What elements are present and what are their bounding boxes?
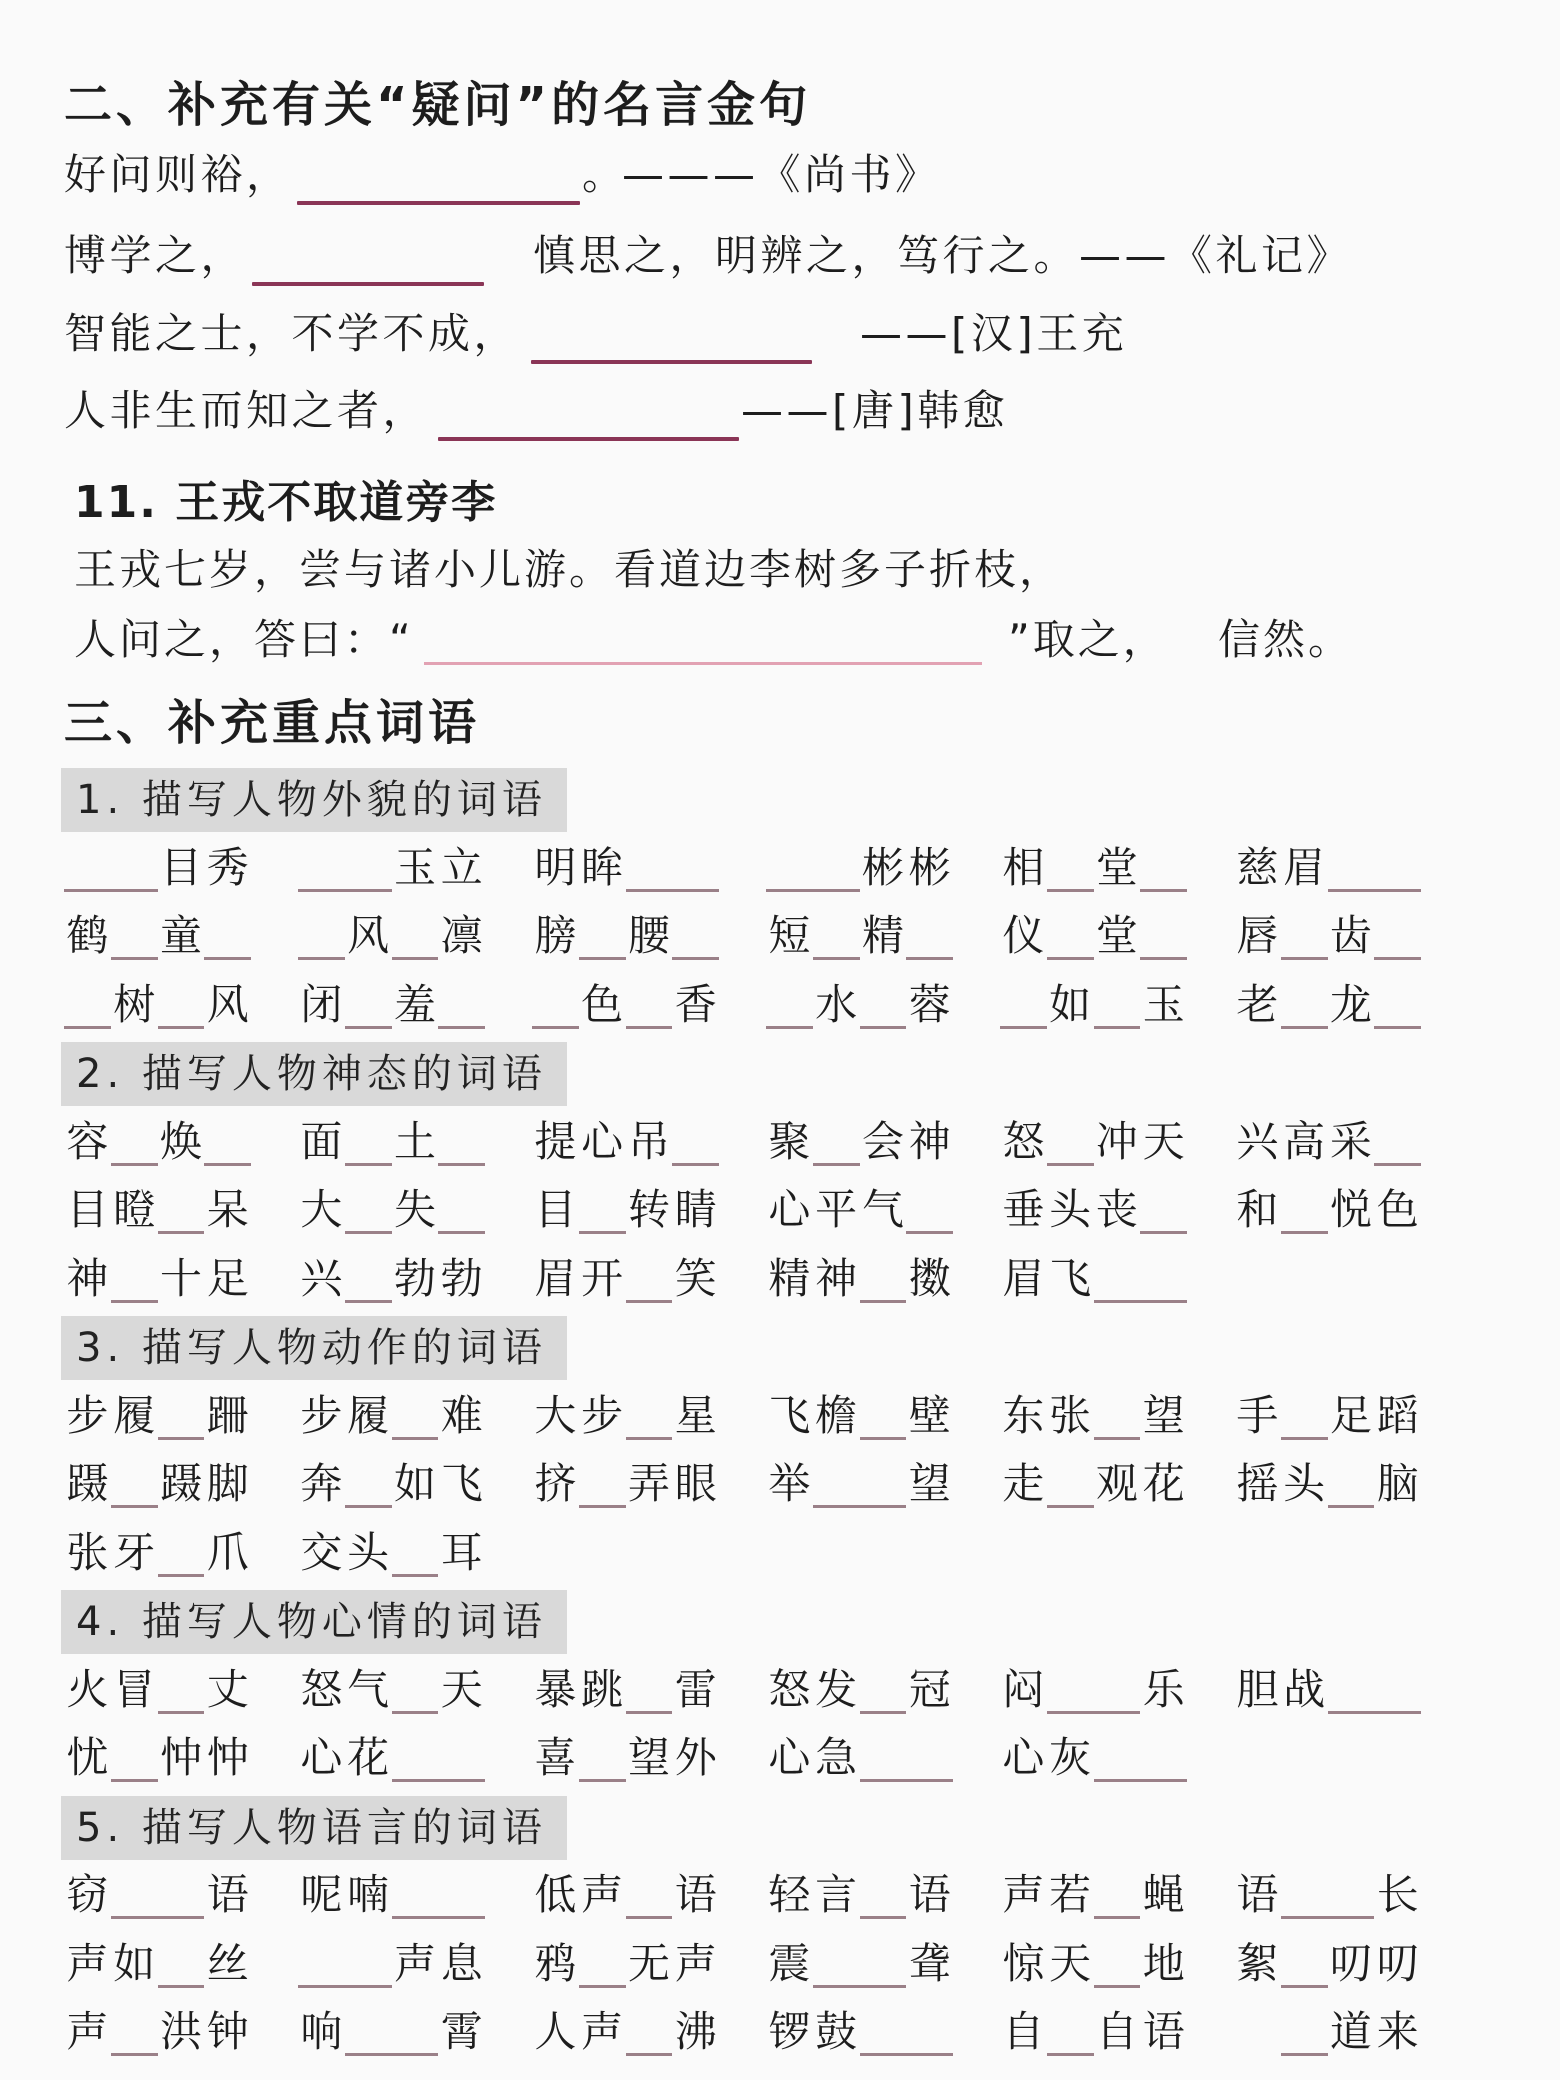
idiom-entry: 呢喃 bbox=[298, 1861, 485, 1930]
idiom-char: 心 bbox=[766, 1724, 813, 1793]
story-text: 信然。 bbox=[1218, 610, 1353, 670]
group-heading: 4. 描写人物心情的词语 bbox=[61, 1590, 567, 1654]
idiom-char: 望 bbox=[1140, 1382, 1187, 1451]
idiom-char: 絮 bbox=[1234, 1930, 1281, 1999]
group-heading-label: 5. 描写人物语言的词语 bbox=[76, 1796, 547, 1860]
answer-blank[interactable] bbox=[1374, 971, 1421, 1040]
answer-blank[interactable] bbox=[1328, 1450, 1375, 1519]
answer-blank[interactable] bbox=[1140, 902, 1187, 971]
idiom-entry: 交头耳 bbox=[298, 1519, 485, 1588]
word-row: 神十足兴勃勃眉开笑精神擞眉飞 bbox=[64, 1245, 1504, 1314]
answer-blank[interactable] bbox=[111, 1861, 158, 1930]
answer-blank[interactable] bbox=[1047, 1450, 1094, 1519]
idiom-char: 张 bbox=[64, 1519, 111, 1588]
idiom-char: 聚 bbox=[766, 1108, 813, 1177]
answer-blank[interactable] bbox=[392, 1519, 439, 1588]
word-row: 声洪钟响霄人声沸锣鼓自自语道来 bbox=[64, 1998, 1504, 2067]
answer-blank[interactable] bbox=[813, 834, 860, 903]
idiom-char: 足 bbox=[204, 1245, 251, 1314]
answer-blank[interactable] bbox=[1281, 1998, 1328, 2067]
answer-blank[interactable] bbox=[1374, 1656, 1421, 1725]
answer-blank[interactable] bbox=[1094, 1724, 1141, 1793]
answer-blank[interactable] bbox=[906, 902, 953, 971]
idiom-char: 如 bbox=[111, 1930, 158, 1999]
idiom-char: 勃 bbox=[438, 1245, 485, 1314]
answer-blank[interactable] bbox=[158, 1930, 205, 1999]
idiom-entry: 声洪钟 bbox=[64, 1998, 251, 2067]
answer-blank[interactable] bbox=[626, 1382, 673, 1451]
idiom-char: 腰 bbox=[626, 902, 673, 971]
idiom-entry: 目秀 bbox=[64, 834, 251, 903]
answer-blank[interactable] bbox=[64, 971, 111, 1040]
answer-blank[interactable] bbox=[158, 1382, 205, 1451]
answer-blank[interactable] bbox=[111, 1245, 158, 1314]
answer-blank[interactable] bbox=[672, 902, 719, 971]
answer-blank[interactable] bbox=[1094, 1382, 1141, 1451]
answer-blank[interactable] bbox=[1281, 1861, 1328, 1930]
answer-blank[interactable] bbox=[860, 1724, 907, 1793]
idiom-char: 齿 bbox=[1328, 902, 1375, 971]
idiom-char: 声 bbox=[672, 1930, 719, 1999]
idiom-char: 鹤 bbox=[64, 902, 111, 971]
answer-blank[interactable] bbox=[1094, 1656, 1141, 1725]
quote-text: 人非生而知之者， bbox=[64, 381, 428, 441]
answer-blank[interactable] bbox=[813, 1108, 860, 1177]
answer-blank[interactable] bbox=[1281, 902, 1328, 971]
idiom-char: 冲 bbox=[1094, 1108, 1141, 1177]
idiom-entry: 鹤童 bbox=[64, 902, 251, 971]
idiom-char: 地 bbox=[1140, 1930, 1187, 1999]
answer-blank[interactable] bbox=[345, 834, 392, 903]
idiom-char: 彬 bbox=[906, 834, 953, 903]
idiom-entry: 心急 bbox=[766, 1724, 953, 1793]
idiom-entry: 飞檐壁 bbox=[766, 1382, 953, 1451]
idiom-entry: 精神擞 bbox=[766, 1245, 953, 1314]
answer-blank[interactable] bbox=[906, 1998, 953, 2067]
idiom-char: 面 bbox=[298, 1108, 345, 1177]
idiom-char: 天 bbox=[1047, 1930, 1094, 1999]
answer-blank[interactable] bbox=[438, 971, 485, 1040]
answer-blank[interactable] bbox=[860, 1861, 907, 1930]
idiom-char: 目 bbox=[158, 834, 205, 903]
answer-blank[interactable] bbox=[531, 360, 812, 364]
idiom-char: 慈 bbox=[1234, 834, 1281, 903]
answer-blank[interactable] bbox=[672, 834, 719, 903]
answer-blank[interactable] bbox=[1047, 834, 1094, 903]
answer-blank[interactable] bbox=[64, 834, 111, 903]
answer-blank[interactable] bbox=[438, 1724, 485, 1793]
idiom-entry: 道来 bbox=[1234, 1998, 1421, 2067]
idiom-char: 语 bbox=[1140, 1998, 1187, 2067]
answer-blank[interactable] bbox=[626, 971, 673, 1040]
idiom-entry: 挤弄眼 bbox=[532, 1450, 719, 1519]
idiom-char: 灰 bbox=[1047, 1724, 1094, 1793]
idiom-char: 暴 bbox=[532, 1656, 579, 1725]
idiom-char: 东 bbox=[1000, 1382, 1047, 1451]
idiom-entry: 和悦色 bbox=[1234, 1176, 1421, 1245]
idiom-entry: 相堂 bbox=[1000, 834, 1187, 903]
answer-blank[interactable] bbox=[111, 1450, 158, 1519]
answer-blank[interactable] bbox=[345, 1930, 392, 1999]
idiom-char: 心 bbox=[579, 1108, 626, 1177]
idiom-char: 土 bbox=[392, 1108, 439, 1177]
idiom-char: 怒 bbox=[1000, 1108, 1047, 1177]
idiom-char: 来 bbox=[1374, 1998, 1421, 2067]
idiom-entry: 心灰 bbox=[1000, 1724, 1187, 1793]
answer-blank[interactable] bbox=[813, 902, 860, 971]
idiom-char: 精 bbox=[766, 1245, 813, 1314]
answer-blank[interactable] bbox=[345, 1176, 392, 1245]
story-line: 王戎七岁，尝与诸小儿游。看道边李树多子折枝， bbox=[0, 540, 1560, 600]
idiom-char: 叨 bbox=[1328, 1930, 1375, 1999]
idiom-char: 走 bbox=[1000, 1450, 1047, 1519]
answer-blank[interactable] bbox=[438, 1176, 485, 1245]
idiom-char: 睛 bbox=[672, 1176, 719, 1245]
answer-blank[interactable] bbox=[672, 1108, 719, 1177]
idiom-char: 丝 bbox=[204, 1930, 251, 1999]
answer-blank[interactable] bbox=[626, 834, 673, 903]
idiom-char: 洪 bbox=[158, 1998, 205, 2067]
idiom-entry: 大失 bbox=[298, 1176, 485, 1245]
answer-blank[interactable] bbox=[392, 1382, 439, 1451]
idiom-char: 容 bbox=[64, 1108, 111, 1177]
idiom-char: 若 bbox=[1047, 1861, 1094, 1930]
idiom-entry: 震聋 bbox=[766, 1930, 953, 1999]
quote-source: ———《尚书》 bbox=[622, 145, 941, 205]
idiom-char: 仪 bbox=[1000, 902, 1047, 971]
idiom-entry: 慈眉 bbox=[1234, 834, 1421, 903]
answer-blank[interactable] bbox=[158, 971, 205, 1040]
answer-blank[interactable] bbox=[906, 1724, 953, 1793]
group-heading: 2. 描写人物神态的词语 bbox=[61, 1042, 567, 1106]
idiom-entry: 声若蝇 bbox=[1000, 1861, 1187, 1930]
group-heading: 1. 描写人物外貌的词语 bbox=[61, 768, 567, 832]
idiom-entry: 大步星 bbox=[532, 1382, 719, 1451]
answer-blank[interactable] bbox=[1047, 1108, 1094, 1177]
idiom-char: 叨 bbox=[1374, 1930, 1421, 1999]
answer-blank[interactable] bbox=[579, 1930, 626, 1999]
idiom-entry: 自自语 bbox=[1000, 1998, 1187, 2067]
word-row: 目瞪呆大失目转睛心平气垂头丧和悦色 bbox=[64, 1176, 1504, 1245]
idiom-char: 明 bbox=[532, 834, 579, 903]
answer-blank[interactable] bbox=[345, 1450, 392, 1519]
idiom-entry: 风凛 bbox=[298, 902, 485, 971]
idiom-char: 色 bbox=[579, 971, 626, 1040]
idiom-entry: 怒发冠 bbox=[766, 1656, 953, 1725]
answer-blank[interactable] bbox=[111, 1108, 158, 1177]
idiom-char: 忡 bbox=[158, 1724, 205, 1793]
idiom-char: 立 bbox=[438, 834, 485, 903]
idiom-char: 外 bbox=[672, 1724, 719, 1793]
idiom-entry: 张牙爪 bbox=[64, 1519, 251, 1588]
answer-blank[interactable] bbox=[1374, 902, 1421, 971]
idiom-entry: 举望 bbox=[766, 1450, 953, 1519]
answer-blank[interactable] bbox=[1281, 1930, 1328, 1999]
idiom-char: 凛 bbox=[438, 902, 485, 971]
answer-blank[interactable] bbox=[424, 662, 982, 665]
idiom-char: 战 bbox=[1281, 1656, 1328, 1725]
answer-blank[interactable] bbox=[298, 1930, 345, 1999]
answer-blank[interactable] bbox=[626, 1998, 673, 2067]
answer-blank[interactable] bbox=[1047, 1998, 1094, 2067]
answer-blank[interactable] bbox=[813, 1930, 860, 1999]
answer-blank[interactable] bbox=[438, 1108, 485, 1177]
answer-blank[interactable] bbox=[1281, 971, 1328, 1040]
idiom-char: 眉 bbox=[1281, 834, 1328, 903]
answer-blank[interactable] bbox=[626, 1861, 673, 1930]
answer-blank[interactable] bbox=[298, 834, 345, 903]
answer-blank[interactable] bbox=[345, 971, 392, 1040]
answer-blank[interactable] bbox=[1000, 971, 1047, 1040]
quote-line: 智能之士，不学不成， ——[汉]王充 bbox=[0, 304, 1560, 364]
answer-blank[interactable] bbox=[579, 1176, 626, 1245]
answer-blank[interactable] bbox=[813, 1450, 860, 1519]
quote-line: 好问则裕， 。 ———《尚书》 bbox=[0, 145, 1560, 205]
idiom-char: 履 bbox=[345, 1382, 392, 1451]
answer-blank[interactable] bbox=[204, 1108, 251, 1177]
idiom-entry: 眉飞 bbox=[1000, 1245, 1187, 1314]
answer-blank[interactable] bbox=[1094, 971, 1141, 1040]
idiom-char: 观 bbox=[1094, 1450, 1141, 1519]
idiom-char: 飞 bbox=[438, 1450, 485, 1519]
idiom-char: 天 bbox=[438, 1656, 485, 1725]
answer-blank[interactable] bbox=[158, 1861, 205, 1930]
idiom-char: 兴 bbox=[1234, 1108, 1281, 1177]
idiom-char: 丈 bbox=[204, 1656, 251, 1725]
idiom-char: 膀 bbox=[532, 902, 579, 971]
idiom-char: 冠 bbox=[906, 1656, 953, 1725]
idiom-entry: 目瞪呆 bbox=[64, 1176, 251, 1245]
idiom-char: 心 bbox=[298, 1724, 345, 1793]
word-row: 鹤童风凛膀腰短精仪堂唇齿 bbox=[64, 902, 1504, 971]
idiom-entry: 忧忡忡 bbox=[64, 1724, 251, 1793]
idiom-entry: 彬彬 bbox=[766, 834, 953, 903]
answer-blank[interactable] bbox=[860, 1382, 907, 1451]
answer-blank[interactable] bbox=[252, 282, 484, 286]
quote-text: 好问则裕， bbox=[64, 145, 292, 205]
answer-blank[interactable] bbox=[1328, 1861, 1375, 1930]
idiom-char: 水 bbox=[813, 971, 860, 1040]
idiom-char: 怒 bbox=[766, 1656, 813, 1725]
answer-blank[interactable] bbox=[111, 1724, 158, 1793]
idiom-char: 喜 bbox=[532, 1724, 579, 1793]
word-row: 树风闭羞色香水蓉如玉老龙 bbox=[64, 971, 1504, 1040]
idiom-char: 声 bbox=[64, 1930, 111, 1999]
idiom-entry: 水蓉 bbox=[766, 971, 953, 1040]
idiom-entry: 心平气 bbox=[766, 1176, 953, 1245]
answer-blank[interactable] bbox=[392, 1656, 439, 1725]
story-line: 人问之，答曰：“ ”取之， 信然。 bbox=[0, 610, 1560, 670]
idiom-entry: 短精 bbox=[766, 902, 953, 971]
idiom-entry: 眉开笑 bbox=[532, 1245, 719, 1314]
answer-blank[interactable] bbox=[345, 1245, 392, 1314]
answer-blank[interactable] bbox=[906, 1176, 953, 1245]
idiom-char: 耳 bbox=[438, 1519, 485, 1588]
idiom-char: 鼓 bbox=[813, 1998, 860, 2067]
idiom-char: 提 bbox=[532, 1108, 579, 1177]
idiom-char: 声 bbox=[64, 1998, 111, 2067]
idiom-entry: 闷乐 bbox=[1000, 1656, 1187, 1725]
idiom-char: 大 bbox=[298, 1176, 345, 1245]
idiom-entry: 仪堂 bbox=[1000, 902, 1187, 971]
idiom-char: 和 bbox=[1234, 1176, 1281, 1245]
idiom-char: 花 bbox=[1140, 1450, 1187, 1519]
idiom-entry: 奔如飞 bbox=[298, 1450, 485, 1519]
answer-blank[interactable] bbox=[1140, 1176, 1187, 1245]
answer-blank[interactable] bbox=[204, 902, 251, 971]
idiom-char: 望 bbox=[626, 1724, 673, 1793]
answer-blank[interactable] bbox=[392, 1724, 439, 1793]
answer-blank[interactable] bbox=[579, 1450, 626, 1519]
idiom-char: 如 bbox=[392, 1450, 439, 1519]
answer-blank[interactable] bbox=[1094, 1245, 1141, 1314]
idiom-char: 急 bbox=[813, 1724, 860, 1793]
idiom-char: 丧 bbox=[1094, 1176, 1141, 1245]
answer-blank[interactable] bbox=[860, 1930, 907, 1999]
answer-blank[interactable] bbox=[766, 834, 813, 903]
idiom-entry: 色香 bbox=[532, 971, 719, 1040]
idiom-char: 垂 bbox=[1000, 1176, 1047, 1245]
answer-blank[interactable] bbox=[1047, 902, 1094, 971]
idiom-entry: 窃语 bbox=[64, 1861, 251, 1930]
quote-source: 慎思之，明辨之，笃行之。——《礼记》 bbox=[533, 226, 1352, 286]
answer-blank[interactable] bbox=[1328, 1656, 1375, 1725]
answer-blank[interactable] bbox=[860, 971, 907, 1040]
answer-blank[interactable] bbox=[1328, 834, 1375, 903]
idiom-char: 心 bbox=[1000, 1724, 1047, 1793]
idiom-entry: 摇头脑 bbox=[1234, 1450, 1421, 1519]
idiom-char: 擞 bbox=[906, 1245, 953, 1314]
answer-blank[interactable] bbox=[298, 902, 345, 971]
idiom-char: 眼 bbox=[672, 1450, 719, 1519]
answer-blank[interactable] bbox=[297, 201, 580, 205]
idiom-char: 飞 bbox=[1047, 1245, 1094, 1314]
idiom-entry: 唇齿 bbox=[1234, 902, 1421, 971]
idiom-char: 交 bbox=[298, 1519, 345, 1588]
answer-blank[interactable] bbox=[438, 1861, 485, 1930]
idiom-char: 头 bbox=[1281, 1450, 1328, 1519]
idiom-char: 吊 bbox=[626, 1108, 673, 1177]
group-heading-label: 1. 描写人物外貌的词语 bbox=[76, 768, 547, 832]
answer-blank[interactable] bbox=[1140, 1724, 1187, 1793]
idiom-char: 喃 bbox=[345, 1861, 392, 1930]
answer-blank[interactable] bbox=[532, 971, 579, 1040]
idiom-char: 低 bbox=[532, 1861, 579, 1930]
answer-blank[interactable] bbox=[111, 834, 158, 903]
answer-blank[interactable] bbox=[345, 1998, 392, 2067]
idiom-char: 相 bbox=[1000, 834, 1047, 903]
answer-blank[interactable] bbox=[1094, 1861, 1141, 1930]
idiom-char: 短 bbox=[766, 902, 813, 971]
answer-blank[interactable] bbox=[626, 1656, 673, 1725]
idiom-entry: 容焕 bbox=[64, 1108, 251, 1177]
idiom-char: 唇 bbox=[1234, 902, 1281, 971]
idiom-entry: 蹑蹑脚 bbox=[64, 1450, 251, 1519]
answer-blank[interactable] bbox=[1281, 1382, 1328, 1451]
idiom-char: 怒 bbox=[298, 1656, 345, 1725]
answer-blank[interactable] bbox=[158, 1519, 205, 1588]
idiom-char: 脑 bbox=[1374, 1450, 1421, 1519]
answer-blank[interactable] bbox=[860, 1245, 907, 1314]
idiom-char: 举 bbox=[766, 1450, 813, 1519]
group-heading: 3. 描写人物动作的词语 bbox=[61, 1316, 567, 1380]
idiom-char: 锣 bbox=[766, 1998, 813, 2067]
answer-blank[interactable] bbox=[345, 1108, 392, 1177]
idiom-char: 轻 bbox=[766, 1861, 813, 1930]
idiom-char: 瞪 bbox=[111, 1176, 158, 1245]
answer-blank[interactable] bbox=[158, 1176, 205, 1245]
answer-blank[interactable] bbox=[860, 1450, 907, 1519]
idiom-entry: 暴跳雷 bbox=[532, 1656, 719, 1725]
answer-blank[interactable] bbox=[1140, 834, 1187, 903]
idiom-char: 精 bbox=[860, 902, 907, 971]
answer-blank[interactable] bbox=[158, 1656, 205, 1725]
answer-blank[interactable] bbox=[1094, 1930, 1141, 1999]
answer-blank[interactable] bbox=[1374, 1108, 1421, 1177]
idiom-char: 声 bbox=[392, 1930, 439, 1999]
idiom-char: 星 bbox=[672, 1382, 719, 1451]
answer-blank[interactable] bbox=[1374, 834, 1421, 903]
answer-blank[interactable] bbox=[111, 902, 158, 971]
group-heading-label: 3. 描写人物动作的词语 bbox=[76, 1316, 547, 1380]
idiom-char: 冒 bbox=[111, 1656, 158, 1725]
answer-blank[interactable] bbox=[579, 1724, 626, 1793]
quote-source: ——[唐]韩愈 bbox=[741, 381, 1008, 441]
answer-blank[interactable] bbox=[111, 1998, 158, 2067]
idiom-char: 眸 bbox=[579, 834, 626, 903]
idiom-entry: 玉立 bbox=[298, 834, 485, 903]
group-heading-label: 2. 描写人物神态的词语 bbox=[76, 1042, 547, 1106]
idiom-entry: 声息 bbox=[298, 1930, 485, 1999]
answer-blank[interactable] bbox=[392, 902, 439, 971]
quote-text: 智能之士，不学不成， bbox=[64, 304, 519, 364]
answer-blank[interactable] bbox=[392, 1861, 439, 1930]
idiom-char: 声 bbox=[579, 1861, 626, 1930]
idiom-char: 头 bbox=[1047, 1176, 1094, 1245]
answer-blank[interactable] bbox=[579, 902, 626, 971]
answer-blank[interactable] bbox=[860, 1998, 907, 2067]
section-title-quotes: 二、补充有关“疑问”的名言金句 bbox=[64, 75, 811, 135]
idiom-char: 跚 bbox=[204, 1382, 251, 1451]
story-text: 人问之，答曰：“ bbox=[74, 610, 414, 670]
answer-blank[interactable] bbox=[392, 1998, 439, 2067]
idiom-char: 言 bbox=[813, 1861, 860, 1930]
idiom-char: 忧 bbox=[64, 1724, 111, 1793]
quote-punctuation: 。 bbox=[582, 145, 628, 205]
word-row: 目秀玉立明眸彬彬相堂慈眉 bbox=[64, 834, 1504, 903]
idiom-char: 大 bbox=[532, 1382, 579, 1451]
idiom-char: 无 bbox=[626, 1930, 673, 1999]
idiom-entry: 鸦无声 bbox=[532, 1930, 719, 1999]
idiom-entry: 走观花 bbox=[1000, 1450, 1187, 1519]
answer-blank[interactable] bbox=[626, 1245, 673, 1314]
idiom-entry: 神十足 bbox=[64, 1245, 251, 1314]
quote-line: 人非生而知之者， ——[唐]韩愈 bbox=[0, 381, 1560, 441]
idiom-char: 开 bbox=[579, 1245, 626, 1314]
idiom-entry: 提心吊 bbox=[532, 1108, 719, 1177]
answer-blank[interactable] bbox=[1281, 1176, 1328, 1245]
answer-blank[interactable] bbox=[860, 1656, 907, 1725]
answer-blank[interactable] bbox=[438, 437, 739, 441]
answer-blank[interactable] bbox=[1047, 1656, 1094, 1725]
idiom-entry: 胆战 bbox=[1234, 1656, 1421, 1725]
idiom-char: 爪 bbox=[204, 1519, 251, 1588]
idiom-char: 眉 bbox=[532, 1245, 579, 1314]
answer-blank[interactable] bbox=[766, 971, 813, 1040]
answer-blank[interactable] bbox=[1140, 1245, 1187, 1314]
idiom-char: 霄 bbox=[438, 1998, 485, 2067]
story-text: 王戎七岁，尝与诸小儿游。看道边李树多子折枝， bbox=[74, 540, 1064, 600]
